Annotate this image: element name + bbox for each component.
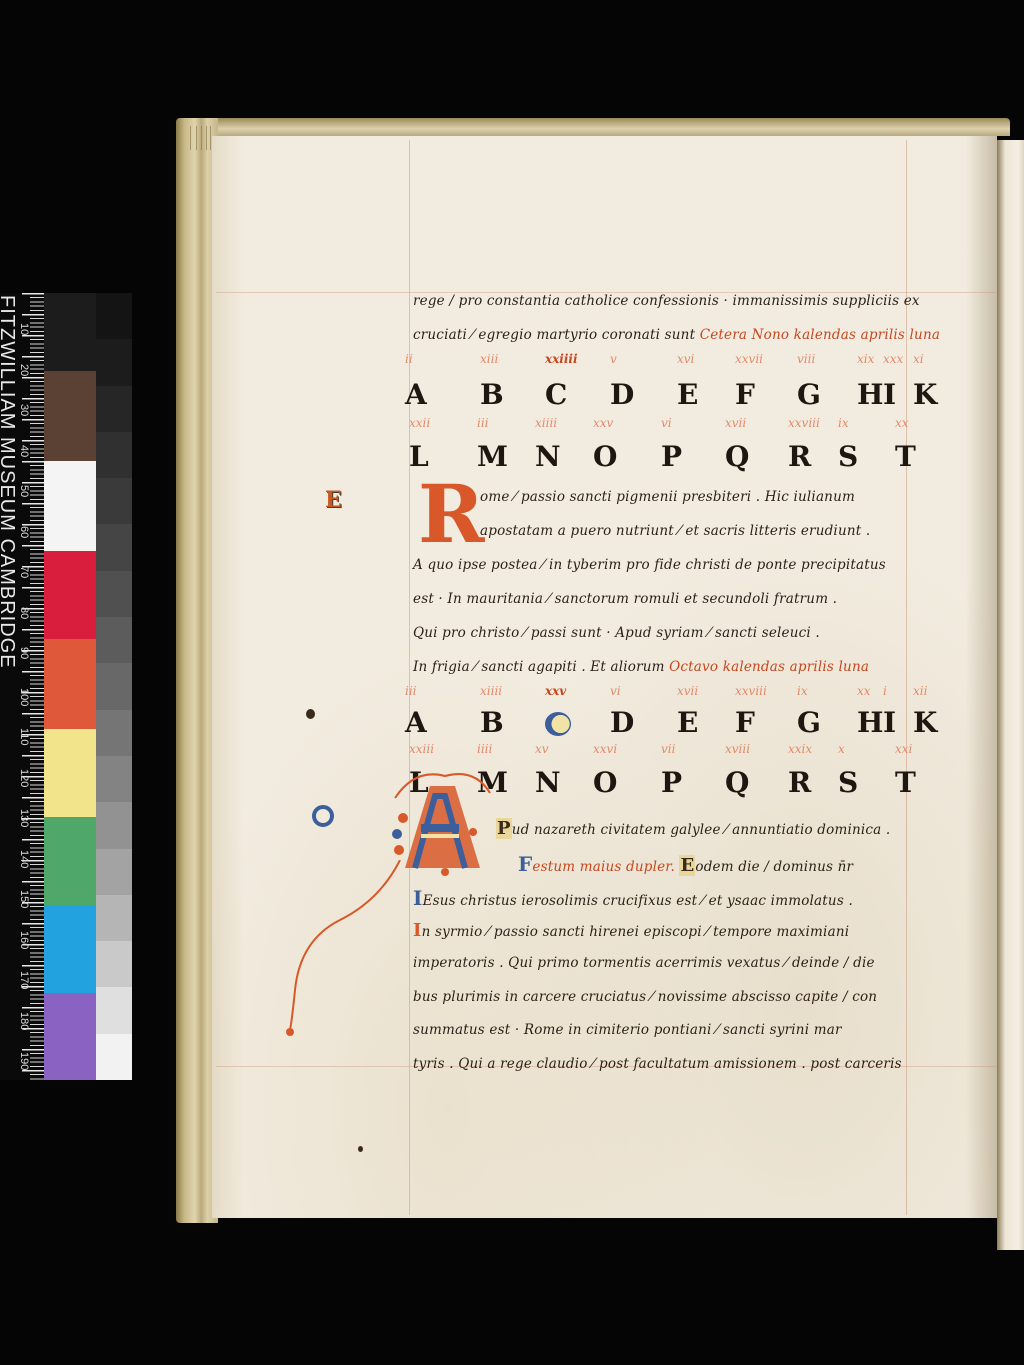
dominical-letter: R <box>788 766 811 799</box>
ruler-tick-label: 130 <box>17 809 31 827</box>
dominical-letter: H <box>857 706 883 739</box>
gray-step <box>96 849 132 895</box>
color-patch-red <box>44 551 96 639</box>
calendar-2-numbers-row-1: iiixiiiixxvvixviixxviiiixxxixii <box>405 684 925 704</box>
calendar-2-numbers-row-2: xxiiiiiiixvxxviviixviiixxixxxxi <box>405 742 925 762</box>
entry-1-line-2: apostatam a puero nutriunt ⁄ et sacris l… <box>480 523 940 547</box>
blue-ornament-letter-c <box>545 712 571 736</box>
entry-2-line-5-text: imperatoris . Qui primo tormentis acerri… <box>413 955 875 971</box>
blue-initial-f: F <box>518 852 532 876</box>
gray-step <box>96 524 132 570</box>
color-patch-green <box>44 817 96 905</box>
margin-letter-e: E <box>325 488 349 512</box>
dominical-letter: Q <box>725 766 749 799</box>
entry-2-line-3: IEsus christus ierosolimis crucifixus es… <box>413 886 933 910</box>
dominical-letter: B <box>480 706 504 739</box>
dominical-letter: I <box>883 706 896 739</box>
entry-2-line-1-text: ud nazareth civitatem galylee ⁄ annuntia… <box>512 822 891 838</box>
dominical-letter: N <box>535 766 561 799</box>
margin-letter-o-blue <box>312 805 334 827</box>
entry-2-line-2-text: odem die / dominus n̄r <box>695 859 853 875</box>
text-line-2-content: cruciati ⁄ egregio martyrio coronati sun… <box>413 327 700 343</box>
ruler-brand-text: FITZWILLIAM MUSEUM CAMBRIDGE <box>0 295 16 1075</box>
ruler-tick-label: 100 <box>17 688 31 706</box>
golden-number: xv <box>535 742 549 756</box>
text-line-1: rege / pro constantia catholice confessi… <box>413 293 933 317</box>
ruler-tick-label: 90 <box>17 647 31 659</box>
gray-step <box>96 571 132 617</box>
golden-number: xxi <box>895 742 912 756</box>
dominical-letter: G <box>797 706 821 739</box>
ruler-tick-label: 190 <box>17 1052 31 1070</box>
dominical-letter: R <box>788 440 811 473</box>
gray-step <box>96 339 132 385</box>
blue-initial-i: I <box>413 886 423 910</box>
entry-2-line-4-text: n syrmio ⁄ passio sancti hirenei episcop… <box>422 924 850 940</box>
ruler-tick-label: 70 <box>17 566 31 578</box>
golden-number: viii <box>797 352 815 366</box>
gray-step <box>96 710 132 756</box>
ruler-tick-label: 180 <box>17 1012 31 1030</box>
text-line-2: cruciati ⁄ egregio martyrio coronati sun… <box>413 327 933 351</box>
color-patch-brown <box>44 371 96 461</box>
ruler-tick-label: 150 <box>17 890 31 908</box>
dominical-letter: D <box>610 378 634 411</box>
gray-step <box>96 386 132 432</box>
entry-1-line-6: In frigia ⁄ sancti agapiti . Et aliorum … <box>413 659 933 683</box>
ruler-tick-label: 140 <box>17 850 31 868</box>
dominical-letter: T <box>895 440 916 473</box>
dominical-letter: D <box>610 706 634 739</box>
dominical-letter: E <box>677 706 698 739</box>
color-patch-purple <box>44 993 96 1080</box>
ruler-tick-label: 10 <box>17 323 31 335</box>
golden-number: vi <box>661 416 672 430</box>
dominical-letter: C <box>545 378 567 411</box>
dominical-letter: F <box>735 378 755 411</box>
dominical-letter: I <box>883 378 896 411</box>
entry-1-line-1-text: ome ⁄ passio sancti pigmenii presbiteri … <box>480 489 855 505</box>
golden-number: xvii <box>677 684 698 698</box>
golden-number: xiii <box>480 352 498 366</box>
entry-1-line-1: ome ⁄ passio sancti pigmenii presbiteri … <box>480 489 940 513</box>
gray-scale-steps <box>96 293 132 1080</box>
red-initial-i: I <box>413 920 422 941</box>
entry-1-line-2-text: apostatam a puero nutriunt ⁄ et sacris l… <box>480 523 870 539</box>
golden-number: xxii <box>409 416 430 430</box>
entry-2-line-7-text: summatus est · Rome in cimiterio pontian… <box>413 1022 842 1038</box>
golden-number: xx <box>857 684 871 698</box>
dominical-letter: P <box>661 766 682 799</box>
golden-number: v <box>610 352 617 366</box>
golden-number: xxviii <box>788 416 820 430</box>
golden-number: ix <box>838 416 849 430</box>
color-patch-black <box>44 293 96 371</box>
golden-number: iii <box>477 416 489 430</box>
rubric-date-nono-kalendas: Cetera Nono kalendas aprilis luna <box>700 327 940 343</box>
dominical-letter: S <box>838 440 858 473</box>
gray-step <box>96 432 132 478</box>
dominical-letter: F <box>735 706 755 739</box>
dominical-letter: T <box>895 766 916 799</box>
golden-number: xxvii <box>735 352 763 366</box>
dominical-letter: N <box>535 440 561 473</box>
golden-number: xiiii <box>480 684 502 698</box>
gray-step <box>96 1034 132 1080</box>
entry-1-line-4-text: est · In mauritania ⁄ sanctorum romuli e… <box>413 591 837 607</box>
golden-number: xvii <box>725 416 746 430</box>
golden-number: xxvi <box>593 742 617 756</box>
entry-1-line-3-text: A quo ipse postea ⁄ in tyberim pro fide … <box>413 557 886 573</box>
gray-step <box>96 756 132 802</box>
entry-2-line-1: Pud nazareth civitatem galylee ⁄ annunti… <box>496 818 936 842</box>
golden-number: iii <box>405 684 417 698</box>
ruler-tick-label: 110 <box>17 728 31 746</box>
entry-1-line-3: A quo ipse postea ⁄ in tyberim pro fide … <box>413 557 933 581</box>
dominical-letter: P <box>661 440 682 473</box>
dominical-letter: H <box>857 378 883 411</box>
golden-number: vii <box>661 742 675 756</box>
dominical-letter: G <box>797 378 821 411</box>
dominical-letter: S <box>838 766 858 799</box>
golden-number: xiiii <box>535 416 557 430</box>
calendar-1-letters-row-2: LMNOPQRST <box>405 440 945 476</box>
entry-2-line-8-text: tyris . Qui a rege claudio ⁄ post facult… <box>413 1056 902 1072</box>
entry-2-line-8: tyris . Qui a rege claudio ⁄ post facult… <box>413 1056 933 1080</box>
penwork-flourish <box>280 860 420 1040</box>
ruler-tick-label: 80 <box>17 607 31 619</box>
book-top-edge <box>180 118 1010 136</box>
golden-number: iiii <box>477 742 492 756</box>
text-line-1-content: rege / pro constantia catholice confessi… <box>413 293 920 309</box>
dominical-letter: B <box>480 378 504 411</box>
dominical-letter: Q <box>725 440 749 473</box>
gold-initial-p: P <box>496 818 512 839</box>
calendar-1-letters-row-1: ABCDEFGHIK <box>405 378 945 414</box>
golden-number: ii <box>405 352 413 366</box>
rubric-festum-maius-duplex: estum maius dupler. <box>532 859 675 875</box>
gray-step <box>96 478 132 524</box>
gray-step <box>96 663 132 709</box>
golden-number: xxv <box>593 416 613 430</box>
golden-number: xviii <box>725 742 750 756</box>
entry-2-line-6-text: bus plurimis in carcere cruciatus ⁄ novi… <box>413 989 877 1005</box>
color-patch-cyan <box>44 905 96 993</box>
entry-1-line-5: Qui pro christo ⁄ passi sunt · Apud syri… <box>413 625 933 649</box>
golden-number: xii <box>913 684 927 698</box>
ruler-tick-label: 170 <box>17 971 31 989</box>
entry-1-line-4: est · In mauritania ⁄ sanctorum romuli e… <box>413 591 933 615</box>
entry-2-line-3-text: Esus christus ierosolimis crucifixus est… <box>423 893 853 909</box>
dominical-letter: O <box>593 766 617 799</box>
golden-number: xix <box>857 352 874 366</box>
rubric-date-octavo-kalendas: Octavo kalendas aprilis luna <box>669 659 869 675</box>
ruler-tick-label: 50 <box>17 485 31 497</box>
entry-1-line-5-text: Qui pro christo ⁄ passi sunt · Apud syri… <box>413 625 820 641</box>
red-initial-r: R <box>418 474 484 554</box>
color-patch-orange <box>44 639 96 729</box>
ink-blot <box>306 709 315 719</box>
dominical-letter: K <box>913 378 937 411</box>
dominical-letter: A <box>405 378 427 411</box>
gray-step <box>96 802 132 848</box>
gray-step <box>96 617 132 663</box>
golden-number: x <box>838 742 845 756</box>
ruler-tick-label: 60 <box>17 526 31 538</box>
ruler-tick-label: 20 <box>17 364 31 376</box>
golden-number: xvi <box>677 352 694 366</box>
calendar-1-numbers-row-1: iixiiixxiiiivxvixxviiviiixixxxxxi <box>405 352 925 372</box>
calendar-1-numbers-row-2: xxiiiiixiiiixxvvixviixxviiiixxx <box>405 416 925 436</box>
dominical-letter: E <box>677 378 698 411</box>
golden-number: xx <box>895 416 909 430</box>
golden-number: xxv <box>545 684 566 698</box>
golden-number: vi <box>610 684 621 698</box>
entry-2-line-6: bus plurimis in carcere cruciatus ⁄ novi… <box>413 989 933 1013</box>
dominical-letter: A <box>405 706 427 739</box>
color-patch-white <box>44 461 96 551</box>
entry-2-line-5: imperatoris . Qui primo tormentis acerri… <box>413 955 933 979</box>
gray-step <box>96 895 132 941</box>
ruler-tick-label: 40 <box>17 445 31 457</box>
golden-number: xxiii <box>409 742 434 756</box>
gray-step <box>96 941 132 987</box>
gray-step <box>96 987 132 1033</box>
ruler-tick-label: 30 <box>17 404 31 416</box>
mm-ruler: FITZWILLIAM MUSEUM CAMBRIDGE 10203040506… <box>0 293 45 1080</box>
entry-2-line-7: summatus est · Rome in cimiterio pontian… <box>413 1022 933 1046</box>
golden-number: xxiiii <box>545 352 578 366</box>
color-patches <box>44 293 96 1080</box>
golden-number: i <box>883 684 887 698</box>
calendar-2-letters-row-1: ABDEFGHIK <box>405 706 945 742</box>
color-patch-yellow <box>44 729 96 817</box>
golden-number: ix <box>797 684 808 698</box>
golden-number: xxix <box>788 742 812 756</box>
gold-initial-e: E <box>679 855 695 876</box>
ruler-tick-label: 160 <box>17 931 31 949</box>
color-scale-bar: FITZWILLIAM MUSEUM CAMBRIDGE 10203040506… <box>0 293 133 1080</box>
ruler-tick-label: 120 <box>17 769 31 787</box>
entry-1-line-6-text: In frigia ⁄ sancti agapiti . Et aliorum <box>413 659 669 675</box>
golden-number: xxviii <box>735 684 767 698</box>
entry-2-line-4: In syrmio ⁄ passio sancti hirenei episco… <box>413 920 933 944</box>
golden-number: xxx <box>883 352 903 366</box>
ruling-line-left <box>409 140 410 1215</box>
facing-page-edge <box>997 140 1024 1250</box>
dominical-letter: O <box>593 440 617 473</box>
golden-number: xi <box>913 352 924 366</box>
gray-step <box>96 293 132 339</box>
dominical-letter: K <box>913 706 937 739</box>
entry-2-line-2: Festum maius dupler. Eodem die / dominus… <box>518 852 938 876</box>
ink-blot <box>358 1146 363 1152</box>
